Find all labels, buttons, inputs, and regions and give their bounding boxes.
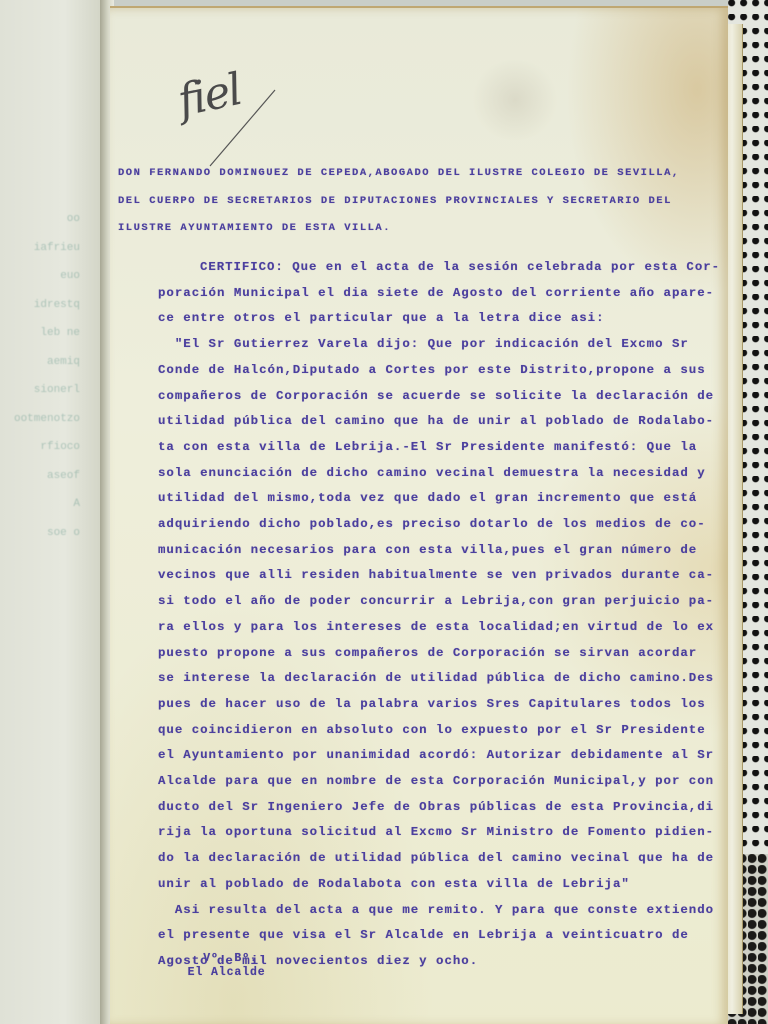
closing-line: Vº. Bº. xyxy=(172,952,258,965)
body-line: adquiriendo dicho poblado,es preciso dot… xyxy=(158,518,706,531)
body-line: Conde de Halcón,Diputado a Cortes por es… xyxy=(158,364,706,377)
body-line: el presente que visa el Sr Alcalde en Le… xyxy=(158,929,689,942)
closing-line: El Alcalde xyxy=(172,966,266,979)
body-line: vecinos que alli residen habitualmente s… xyxy=(158,569,714,582)
body-line: puesto propone a sus compañeros de Corpo… xyxy=(158,647,697,660)
body-line: poración Municipal el dia siete de Agost… xyxy=(158,287,714,300)
body-line: "El Sr Gutierrez Varela dijo: Que por in… xyxy=(158,338,689,351)
body-line: ra ellos y para los intereses de esta lo… xyxy=(158,621,714,634)
header-line: DEL CUERPO DE SECRETARIOS DE DIPUTACIONE… xyxy=(118,195,672,207)
paper-stain xyxy=(470,60,560,140)
facing-page: oo iafrieu euo idrestq leb ne aemiq sion… xyxy=(0,0,108,1024)
body-line: ducto del Sr Ingeniero Jefe de Obras púb… xyxy=(158,801,714,814)
body-line: Alcalde para que en nombre de esta Corpo… xyxy=(158,775,714,788)
facing-page-ghost-text: oo iafrieu euo idrestq leb ne aemiq sion… xyxy=(0,205,80,547)
header-line: DON FERNANDO DOMINGUEZ DE CEPEDA,ABOGADO… xyxy=(118,167,680,179)
body-line: utilidad del mismo,toda vez que dado el … xyxy=(158,492,697,505)
body-line: pues de hacer uso de la palabra varios S… xyxy=(158,698,706,711)
body-line: compañeros de Corporación se acuerde se … xyxy=(158,390,714,403)
body-line: si todo el año de poder concurrir a Lebr… xyxy=(158,595,714,608)
body-line: ce entre otros el particular que a la le… xyxy=(158,312,605,325)
body-line: utilidad pública del camino que ha de un… xyxy=(158,415,714,428)
body-line: Asi resulta del acta a que me remito. Y … xyxy=(158,904,714,917)
body-line: unir al poblado de Rodalabota con esta v… xyxy=(158,878,630,891)
body-line: sola enunciación de dicho camino vecinal… xyxy=(158,467,706,480)
body-line: se interese la declaración de utilidad p… xyxy=(158,672,714,685)
body-line: ta con esta villa de Lebrija.-El Sr Pres… xyxy=(158,441,697,454)
body-line: rija la oportuna solicitud al Excmo Sr M… xyxy=(158,826,714,839)
body-line: municación necesarios para con esta vill… xyxy=(158,544,697,557)
body-line: do la declaración de utilidad pública de… xyxy=(158,852,714,865)
body-line: CERTIFICO: Que en el acta de la sesión c… xyxy=(158,261,720,274)
signature-stroke-icon xyxy=(190,88,290,168)
header-line: ILUSTRE AYUNTAMIENTO DE ESTA VILLA. xyxy=(118,222,391,234)
body-line: que coincidieron en absoluto con lo expu… xyxy=(158,724,706,737)
body-line: el Ayuntamiento por unanimidad acordó: A… xyxy=(158,749,714,762)
